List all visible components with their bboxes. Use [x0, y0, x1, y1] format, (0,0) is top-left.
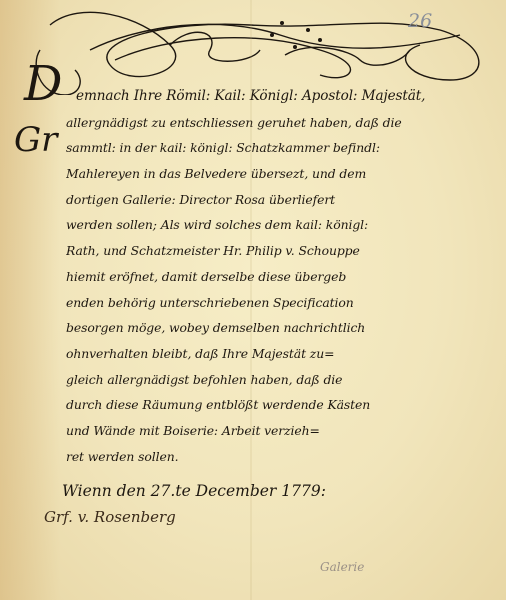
text-line: ret werden sollen. [66, 444, 498, 470]
text-line: ohnverhalten bleibt, daß Ihre Majestät z… [66, 341, 498, 367]
drop-capital: D [24, 60, 62, 108]
text-line: Mahlereyen in das Belvedere übersezt, un… [66, 161, 498, 187]
text-line: hiemit eröfnet, damit derselbe diese übe… [66, 264, 498, 290]
document-page: 26 D Gr emnach Ihre Römil: Kail: Königl:… [0, 0, 506, 600]
margin-mark: Gr [14, 120, 57, 160]
text-line: allergnädigst zu entschliessen geruhet h… [66, 110, 498, 136]
text-line: werden sollen; Als wird solches dem kail… [66, 212, 498, 238]
folio-number: 26 [408, 10, 432, 32]
text-line: sammtl: in der kail: königl: Schatzkamme… [66, 135, 498, 161]
text-line: und Wände mit Boiserie: Arbeit verzieh= [66, 418, 498, 444]
signature: Grf. v. Rosenberg [44, 508, 176, 526]
text-line: besorgen möge, wobey demselben nachricht… [66, 315, 498, 341]
text-line: dortigen Gallerie: Director Rosa überlie… [66, 187, 498, 213]
text-line: durch diese Räumung entblößt werdende Kä… [66, 392, 498, 418]
letter-body: emnach Ihre Römil: Kail: Königl: Apostol… [66, 84, 498, 469]
text-line: emnach Ihre Römil: Kail: Königl: Apostol… [66, 84, 498, 110]
pencil-annotation: Galerie [320, 560, 364, 574]
text-line: Rath, und Schatzmeister Hr. Philip v. Sc… [66, 238, 498, 264]
text-line: gleich allergnädigst befohlen haben, daß… [66, 367, 498, 393]
text-line: enden behörig unterschriebenen Specifica… [66, 290, 498, 316]
date-line: Wienn den 27.te December 1779: [62, 482, 326, 500]
